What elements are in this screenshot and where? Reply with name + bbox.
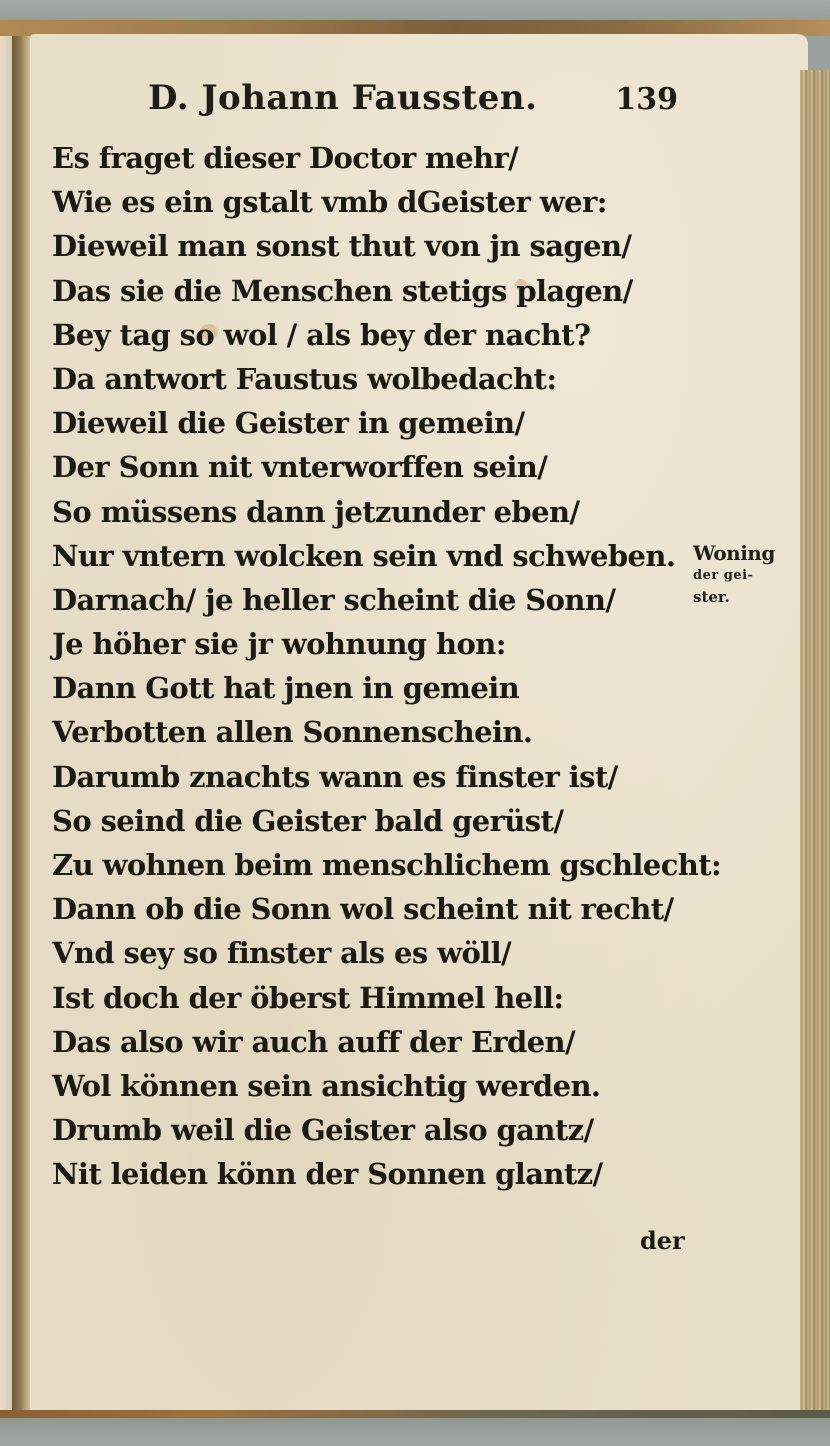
background-bottom: [0, 1418, 830, 1446]
verse-line: Bey tag so wol / als bey der nacht?: [52, 313, 672, 357]
verse-line: So müssens dann jetzunder eben/: [52, 490, 672, 534]
verse-line: Das sie die Menschen stetigs plagen/: [52, 269, 672, 313]
verse-line: Wol können sein ansichtig werden.: [52, 1064, 672, 1108]
verse-line: Nur vntern wolcken sein vnd schweben.: [52, 534, 672, 578]
verse-line: Ist doch der öberst Himmel hell:: [52, 976, 672, 1020]
verse-line: Dann Gott hat jnen in gemein: [52, 666, 672, 710]
verse-line: Darnach/ je heller scheint die Sonn/: [52, 578, 672, 622]
marginal-note: Woning der gei- ster.: [693, 540, 803, 608]
verse-line: Vnd sey so finster als es wöll/: [52, 931, 672, 975]
verse-line: Dann ob die Sonn wol scheint nit recht/: [52, 887, 672, 931]
marginal-note-line: der gei-: [693, 566, 803, 586]
page-number: 139: [615, 82, 678, 117]
page-fore-edge: [800, 70, 830, 1415]
verse-line: So seind die Geister bald gerüst/: [52, 799, 672, 843]
verse-line: Zu wohnen beim menschlichem gschlecht:: [52, 843, 672, 887]
verse-text-block: Es fraget dieser Doctor mehr/ Wie es ein…: [52, 136, 672, 1197]
verse-line: Nit leiden könn der Sonnen glantz/: [52, 1152, 672, 1196]
verse-line: Dieweil die Geister in gemein/: [52, 401, 672, 445]
verse-line: Da antwort Faustus wolbedacht:: [52, 357, 672, 401]
verse-line: Dieweil man sonst thut von jn sagen/: [52, 224, 672, 268]
marginal-note-line: Woning: [693, 540, 803, 566]
verse-line: Wie es ein gstalt vmb dGeister wer:: [52, 180, 672, 224]
verse-line: Drumb weil die Geister also gantz/: [52, 1108, 672, 1152]
running-head: D. Johann Faussten. 139: [148, 78, 678, 132]
verse-line: Das also wir auch auff der Erden/: [52, 1020, 672, 1064]
marginal-note-line: ster.: [693, 586, 803, 608]
verse-line: Es fraget dieser Doctor mehr/: [52, 136, 672, 180]
verse-line: Der Sonn nit vnterworffen sein/: [52, 445, 672, 489]
running-title: D. Johann Faussten.: [148, 78, 537, 118]
verse-line: Darumb znachts wann es finster ist/: [52, 755, 672, 799]
catchword: der: [640, 1226, 685, 1255]
verse-line: Je höher sie jr wohnung hon:: [52, 622, 672, 666]
verse-line: Verbotten allen Sonnenschein.: [52, 710, 672, 754]
